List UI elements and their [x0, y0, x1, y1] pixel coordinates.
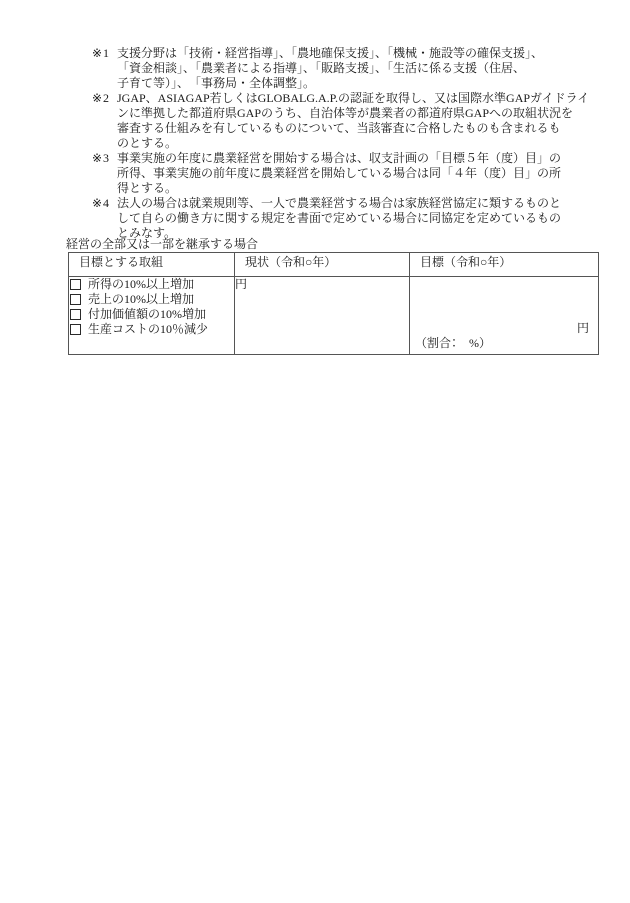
footnote-line: 事業実施の年度に農業経営を開始する場合は、収支計画の「目標５年（度）目」の — [117, 151, 592, 166]
checkbox-icon — [70, 324, 81, 335]
goal-option-income: 所得の10%以上増加 — [69, 277, 234, 292]
footnote-3: ※3 事業実施の年度に農業経営を開始する場合は、収支計画の「目標５年（度）目」の… — [92, 151, 592, 196]
header-current-column: 現状（令和○年） — [235, 253, 410, 277]
goal-option-label: 売上の10%以上増加 — [88, 292, 194, 307]
goal-option-production-cost: 生産コストの10％減少 — [69, 322, 234, 337]
succession-goal-table: 目標とする取組 現状（令和○年） 目標（令和○年） 所得の10%以上増加 売上の… — [68, 252, 599, 355]
footnote-line: 審査する仕組みを有しているものについて、当該審査に合格したものも含まれるも — [117, 121, 592, 136]
footnote-line: 支援分野は「技術・経営指導」、「農地確保支援」、「機械・施設等の確保支援」、 — [117, 46, 592, 61]
footnote-line: 得とする。 — [117, 181, 592, 196]
footnote-2-text: JGAP、ASIAGAP若しくはGLOBALG.A.P.の認証を取得し、又は国際… — [117, 91, 592, 151]
footnotes-block: ※1 支援分野は「技術・経営指導」、「農地確保支援」、「機械・施設等の確保支援」… — [92, 46, 592, 241]
footnote-line: 所得、事業実施の前年度に農業経営を開始している場合は同「４年（度）目」の所 — [117, 166, 592, 181]
header-goal-column: 目標とする取組 — [69, 253, 235, 277]
goal-option-sales: 売上の10%以上増加 — [69, 292, 234, 307]
goal-option-label: 付加価値額の10%増加 — [88, 307, 206, 322]
table-body-row: 所得の10%以上増加 売上の10%以上増加 付加価値額の10%増加 生産コストの… — [69, 277, 599, 355]
footnote-1: ※1 支援分野は「技術・経営指導」、「農地確保支援」、「機械・施設等の確保支援」… — [92, 46, 592, 91]
goal-options-cell: 所得の10%以上増加 売上の10%以上増加 付加価値額の10%増加 生産コストの… — [69, 277, 235, 355]
goal-option-added-value: 付加価値額の10%増加 — [69, 307, 234, 322]
footnote-1-text: 支援分野は「技術・経営指導」、「農地確保支援」、「機械・施設等の確保支援」、 「… — [117, 46, 592, 91]
checkbox-icon — [70, 294, 81, 305]
footnote-4-text: 法人の場合は就業規則等、一人で農業経営する場合は家族経営協定に類するものと して… — [117, 196, 592, 241]
table-header-row: 目標とする取組 現状（令和○年） 目標（令和○年） — [69, 253, 599, 277]
footnote-line: 子育て等）」、 「事務局・全体調整」。 — [117, 76, 592, 91]
footnote-line: 「資金相談」、「農業者による指導」、「販路支援」、「生活に係る支援（住居、 — [117, 61, 592, 76]
checkbox-icon — [70, 309, 81, 320]
footnote-line: JGAP、ASIAGAP若しくはGLOBALG.A.P.の認証を取得し、又は国際… — [117, 91, 592, 106]
footnote-line: して自らの働き方に関する規定を書面で定めている場合に同協定を定めているもの — [117, 211, 592, 226]
goal-option-label: 所得の10%以上増加 — [88, 277, 194, 292]
footnote-4-marker: ※4 — [92, 196, 117, 211]
target-ratio-label: （割合： %） — [410, 336, 598, 351]
target-unit-label: 円 — [410, 321, 598, 336]
current-value-cell: 円 — [235, 277, 410, 355]
footnote-2-marker: ※2 — [92, 91, 117, 106]
footnote-line: のとする。 — [117, 136, 592, 151]
document-page: ※1 支援分野は「技術・経営指導」、「農地確保支援」、「機械・施設等の確保支援」… — [0, 0, 630, 903]
goal-option-label: 生産コストの10％減少 — [88, 322, 208, 337]
checkbox-icon — [70, 279, 81, 290]
footnote-line: ンに準拠した都道府県GAPのうち、自治体等が農業者の都道府県GAPへの取組状況を — [117, 106, 592, 121]
footnote-2: ※2 JGAP、ASIAGAP若しくはGLOBALG.A.P.の認証を取得し、又… — [92, 91, 592, 151]
section-title: 経営の全部又は一部を継承する場合 — [66, 237, 258, 252]
target-value-cell: 円 （割合： %） — [410, 277, 599, 355]
target-cell-content: 円 （割合： %） — [410, 277, 598, 354]
current-unit-label: 円 — [235, 277, 247, 291]
footnote-3-text: 事業実施の年度に農業経営を開始する場合は、収支計画の「目標５年（度）目」の 所得… — [117, 151, 592, 196]
header-target-column: 目標（令和○年） — [410, 253, 599, 277]
footnote-3-marker: ※3 — [92, 151, 117, 166]
footnote-1-marker: ※1 — [92, 46, 117, 61]
footnote-4: ※4 法人の場合は就業規則等、一人で農業経営する場合は家族経営協定に類するものと… — [92, 196, 592, 241]
footnote-line: 法人の場合は就業規則等、一人で農業経営する場合は家族経営協定に類するものと — [117, 196, 592, 211]
